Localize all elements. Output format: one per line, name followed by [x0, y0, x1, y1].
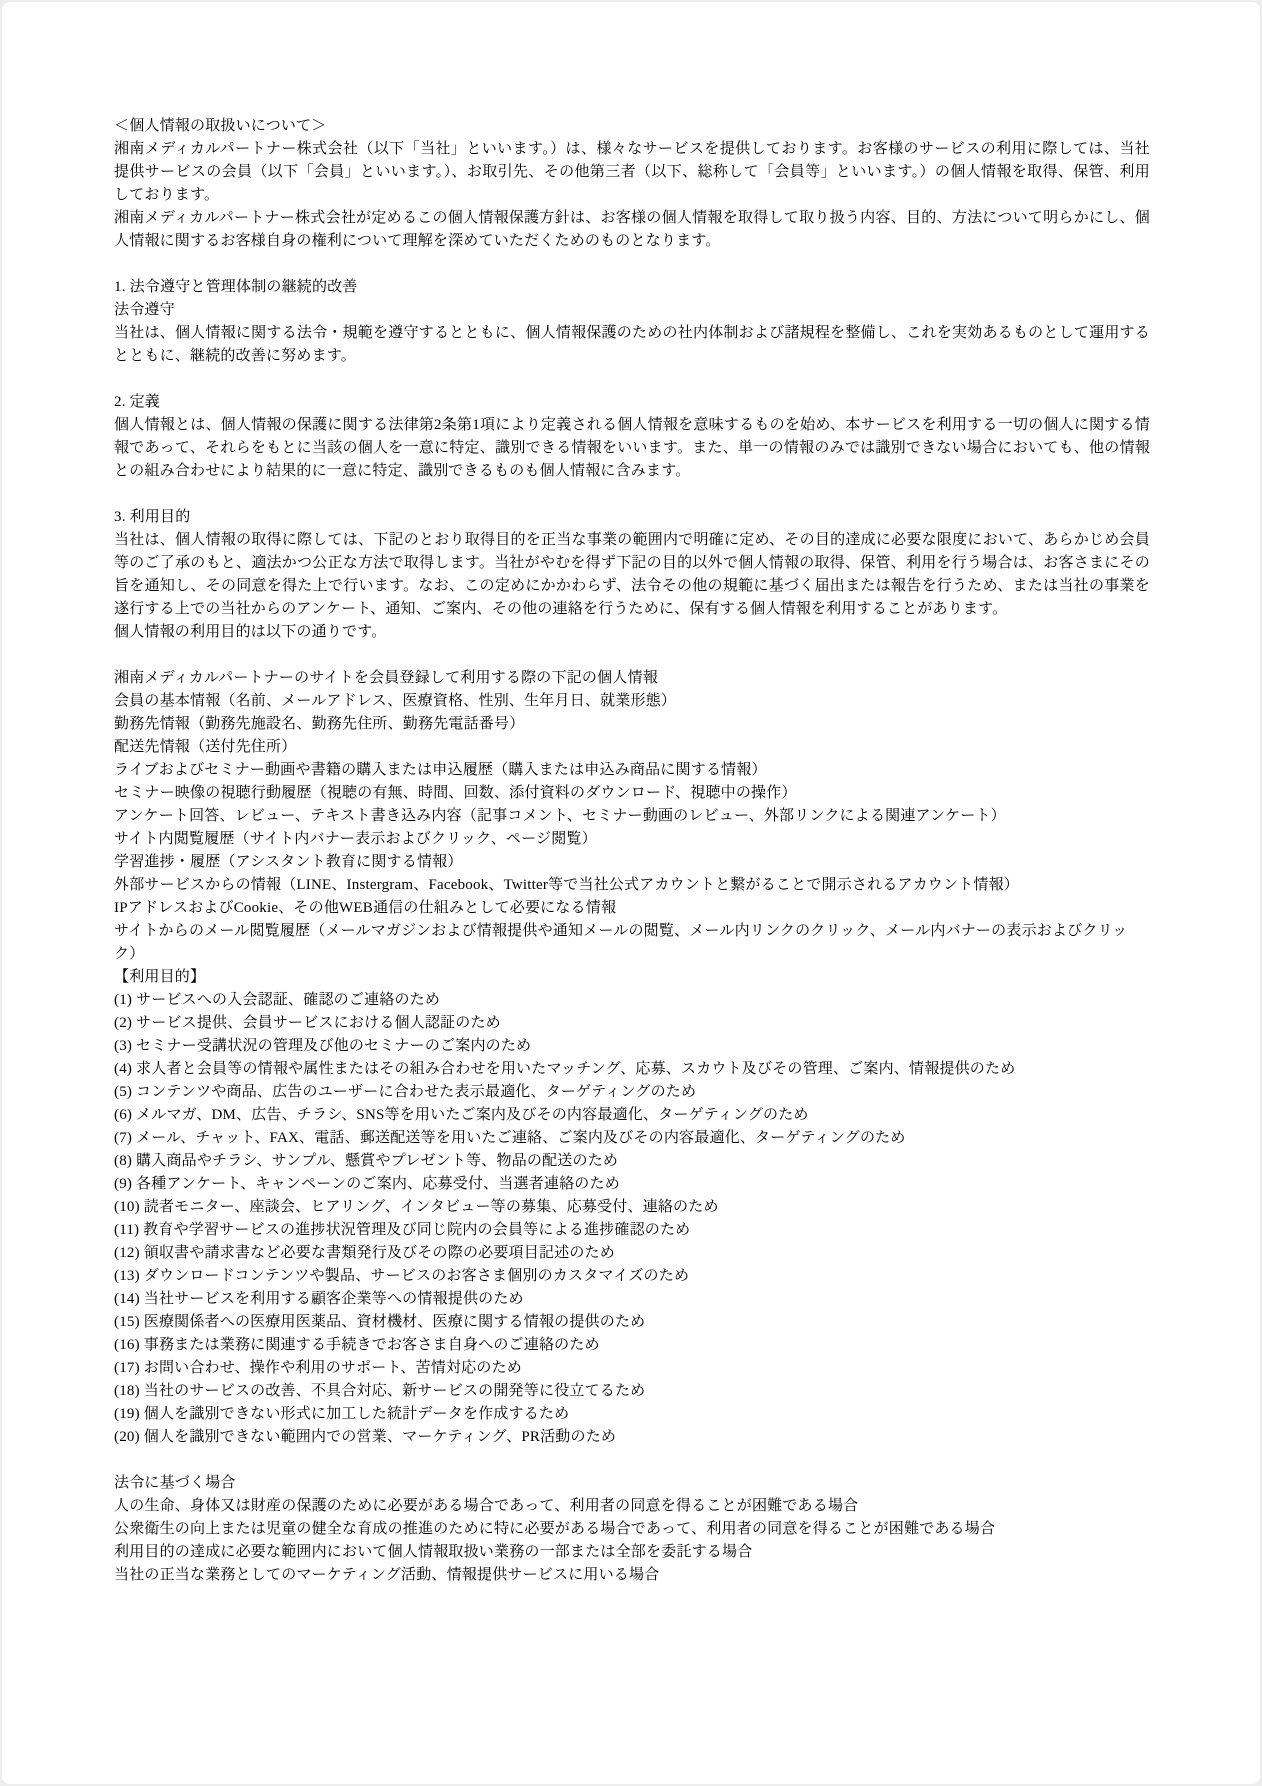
purpose-item: (9) 各種アンケート、キャンペーンのご案内、応募受付、当選者連絡のため [114, 1173, 1150, 1196]
collected-info-list: 湘南メディカルパートナーのサイトを会員登録して利用する際の下記の個人情報会員の基… [114, 667, 1150, 966]
section-compliance-subheading: 法令遵守 [114, 299, 1150, 322]
purpose-item: (5) コンテンツや商品、広告のユーザーに合わせた表示最適化、ターゲティングのた… [114, 1081, 1150, 1104]
purpose-item: (3) セミナー受講状況の管理及び他のセミナーのご案内のため [114, 1035, 1150, 1058]
intro-paragraph-2: 湘南メディカルパートナー株式会社が定めるこの個人情報保護方針は、お客様の個人情報… [114, 207, 1150, 253]
legal-basis-item: 公衆衛生の向上または児童の健全な育成の推進のために特に必要がある場合であって、利… [114, 1518, 1150, 1541]
collected-info-item: 学習進捗・履歴（アシスタント教育に関する情報） [114, 851, 1150, 874]
purpose-item: (8) 購入商品やチラシ、サンプル、懸賞やプレゼント等、物品の配送のため [114, 1150, 1150, 1173]
collected-info-item: IPアドレスおよびCookie、その他WEB通信の仕組みとして必要になる情報 [114, 897, 1150, 920]
legal-basis-heading: 法令に基づく場合 [114, 1472, 1150, 1495]
collected-info-item: 湘南メディカルパートナーのサイトを会員登録して利用する際の下記の個人情報 [114, 667, 1150, 690]
legal-basis-item: 人の生命、身体又は財産の保護のために必要がある場合であって、利用者の同意を得るこ… [114, 1495, 1150, 1518]
purpose-item: (11) 教育や学習サービスの進捗状況管理及び同じ院内の会員等による進捗確認のた… [114, 1219, 1150, 1242]
section-compliance: 1. 法令遵守と管理体制の継続的改善 法令遵守 当社は、個人情報に関する法令・規… [114, 276, 1150, 368]
purpose-item: (16) 事務または業務に関連する手続きでお客さま自身へのご連絡のため [114, 1334, 1150, 1357]
purpose-item: (7) メール、チャット、FAX、電話、郵送配送等を用いたご連絡、ご案内及びその… [114, 1127, 1150, 1150]
collected-info-and-purposes: 湘南メディカルパートナーのサイトを会員登録して利用する際の下記の個人情報会員の基… [114, 667, 1150, 1449]
section-usage-purpose: 3. 利用目的 当社は、個人情報の取得に際しては、下記のとおり取得目的を正当な事… [114, 506, 1150, 621]
purpose-item: (6) メルマガ、DM、広告、チラシ、SNS等を用いたご案内及びその内容最適化、… [114, 1104, 1150, 1127]
collected-info-item: 会員の基本情報（名前、メールアドレス、医療資格、性別、生年月日、就業形態） [114, 690, 1150, 713]
purpose-intro: 個人情報の利用目的は以下の通りです。 [114, 621, 1150, 644]
purpose-item: (10) 読者モニター、座談会、ヒアリング、インタビュー等の募集、応募受付、連絡… [114, 1196, 1150, 1219]
purpose-item: (1) サービスへの入会認証、確認のご連絡のため [114, 989, 1150, 1012]
page-title: ＜個人情報の取扱いについて＞ [114, 115, 1150, 138]
section-definitions-body: 個人情報とは、個人情報の保護に関する法律第2条第1項により定義される個人情報を意… [114, 414, 1150, 483]
privacy-policy-document: ＜個人情報の取扱いについて＞ 湘南メディカルパートナー株式会社（以下「当社」とい… [2, 2, 1260, 1784]
purpose-list-heading: 【利用目的】 [114, 966, 1150, 989]
purpose-item: (18) 当社のサービスの改善、不具合対応、新サービスの開発等に役立てるため [114, 1380, 1150, 1403]
section-compliance-body: 当社は、個人情報に関する法令・規範を遵守するとともに、個人情報保護のための社内体… [114, 322, 1150, 368]
section-usage-purpose-heading: 3. 利用目的 [114, 506, 1150, 529]
intro-paragraph-1: 湘南メディカルパートナー株式会社（以下「当社」といいます。）は、様々なサービスを… [114, 138, 1150, 207]
section-definitions: 2. 定義 個人情報とは、個人情報の保護に関する法律第2条第1項により定義される… [114, 391, 1150, 483]
collected-info-item: アンケート回答、レビュー、テキスト書き込み内容（記事コメント、セミナー動画のレビ… [114, 805, 1150, 828]
purpose-item: (13) ダウンロードコンテンツや製品、サービスのお客さま個別のカスタマイズのた… [114, 1265, 1150, 1288]
collected-info-item: ライブおよびセミナー動画や書籍の購入または申込履歴（購入または申込み商品に関する… [114, 759, 1150, 782]
section-definitions-heading: 2. 定義 [114, 391, 1150, 414]
purpose-item: (14) 当社サービスを利用する顧客企業等への情報提供のため [114, 1288, 1150, 1311]
collected-info-item: 外部サービスからの情報（LINE、Instergram、Facebook、Twi… [114, 874, 1150, 897]
legal-basis-item: 利用目的の達成に必要な範囲内において個人情報取扱い業務の一部または全部を委託する… [114, 1541, 1150, 1564]
collected-info-item: セミナー映像の視聴行動履歴（視聴の有無、時間、回数、添付資料のダウンロード、視聴… [114, 782, 1150, 805]
purpose-item: (15) 医療関係者への医療用医薬品、資材機材、医療に関する情報の提供のため [114, 1311, 1150, 1334]
section-compliance-heading: 1. 法令遵守と管理体制の継続的改善 [114, 276, 1150, 299]
purpose-item: (2) サービス提供、会員サービスにおける個人認証のため [114, 1012, 1150, 1035]
purpose-item: (12) 領収書や請求書など必要な書類発行及びその際の必要項目記述のため [114, 1242, 1150, 1265]
purpose-item: (20) 個人を識別できない範囲内での営業、マーケティング、PR活動のため [114, 1426, 1150, 1449]
collected-info-item: 勤務先情報（勤務先施設名、勤務先住所、勤務先電話番号） [114, 713, 1150, 736]
legal-basis-list: 人の生命、身体又は財産の保護のために必要がある場合であって、利用者の同意を得るこ… [114, 1495, 1150, 1587]
section-usage-purpose-body: 当社は、個人情報の取得に際しては、下記のとおり取得目的を正当な事業の範囲内で明確… [114, 529, 1150, 621]
purpose-item: (4) 求人者と会員等の情報や属性またはその組み合わせを用いたマッチング、応募、… [114, 1058, 1150, 1081]
legal-basis-section: 法令に基づく場合 人の生命、身体又は財産の保護のために必要がある場合であって、利… [114, 1472, 1150, 1587]
collected-info-item: サイト内閲覧履歴（サイト内バナー表示およびクリック、ページ閲覧） [114, 828, 1150, 851]
purpose-list: (1) サービスへの入会認証、確認のご連絡のため(2) サービス提供、会員サービ… [114, 989, 1150, 1449]
purpose-item: (19) 個人を識別できない形式に加工した統計データを作成するため [114, 1403, 1150, 1426]
legal-basis-item: 当社の正当な業務としてのマーケティング活動、情報提供サービスに用いる場合 [114, 1564, 1150, 1587]
collected-info-item: サイトからのメール閲覧履歴（メールマガジンおよび情報提供や通知メールの閲覧、メー… [114, 920, 1150, 966]
purpose-item: (17) お問い合わせ、操作や利用のサポート、苦情対応のため [114, 1357, 1150, 1380]
collected-info-item: 配送先情報（送付先住所） [114, 736, 1150, 759]
